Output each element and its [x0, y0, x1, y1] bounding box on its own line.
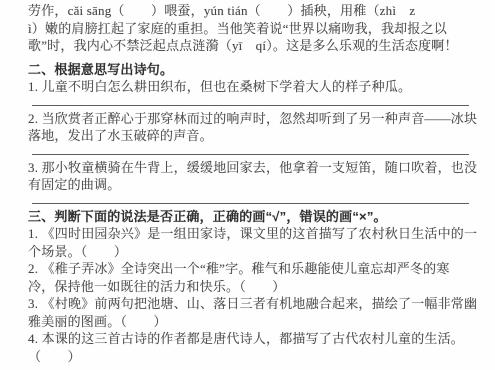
answer-blank-line	[32, 96, 469, 106]
question-line: 1. 《四时田园杂兴》是一组田家诗，课文里的这首描写了农村秋日生活中的一	[28, 225, 479, 243]
answer-blank-line	[32, 145, 469, 155]
question-item: 2. 当欣赏者正醉心于那穿林而过的响声时，忽然却听到了另一种声音——冰块 落地，…	[28, 110, 479, 155]
question-line: 冷，保持他一如既往的活力和快乐。（ ）	[28, 278, 479, 296]
worksheet-page: 劳作，cǎi sāng（ ）喂蚕，yún tián（ ）插秧，用稚（zhì z …	[0, 0, 495, 370]
question-line: 个场景。（ ）	[28, 243, 479, 261]
question-line: 雅美丽的图画。（ ）	[28, 313, 479, 331]
intro-line: 歌”时，我内心不禁泛起点点涟漪（yī qí）。这是多么乐观的生活态度啊！	[28, 37, 479, 55]
true-false-item: 3. 《村晚》前两句把池塘、山、落日三者有机地融合起来，描绘了一幅非常幽 雅美丽…	[28, 295, 479, 330]
intro-paragraph: 劳作，cǎi sāng（ ）喂蚕，yún tián（ ）插秧，用稚（zhì z …	[28, 2, 479, 55]
true-false-item: 1. 《四时田园杂兴》是一组田家诗，课文里的这首描写了农村秋日生活中的一 个场景…	[28, 225, 479, 260]
question-line: 4. 本课的这三首古诗的作者都是唐代诗人，都描写了古代农村儿童的生活。	[28, 330, 479, 348]
question-line: 3. 《村晚》前两句把池塘、山、落日三者有机地融合起来，描绘了一幅非常幽	[28, 295, 479, 313]
intro-line: 劳作，cǎi sāng（ ）喂蚕，yún tián（ ）插秧，用稚（zhì z	[28, 2, 479, 20]
question-line: （ ）	[28, 348, 479, 366]
section-three-title: 三、判断下面的说法是否正确，正确的画“√”，错误的画“×”。	[28, 208, 479, 226]
question-line: 1. 儿童不明白怎么耕田织布，但也在桑树下学着大人的样子种瓜。	[28, 78, 479, 96]
true-false-item: 4. 本课的这三首古诗的作者都是唐代诗人，都描写了古代农村儿童的生活。 （ ）	[28, 330, 479, 365]
true-false-item: 2. 《稚子弄冰》全诗突出一个“稚”字。稚气和乐趣能使儿童忘却严冬的寒 冷，保持…	[28, 260, 479, 295]
question-line: 2. 当欣赏者正醉心于那穿林而过的响声时，忽然却听到了另一种声音——冰块	[28, 110, 479, 128]
question-line: 有固定的曲调。	[28, 176, 479, 194]
question-line: 2. 《稚子弄冰》全诗突出一个“稚”字。稚气和乐趣能使儿童忘却严冬的寒	[28, 260, 479, 278]
question-line: 落地，发出了水玉破碎的声音。	[28, 127, 479, 145]
section-two-title: 二、根据意思写出诗句。	[28, 61, 479, 79]
question-item: 3. 那小牧童横骑在牛背上，缓缓地回家去，他拿着一支短笛，随口吹着，也没 有固定…	[28, 159, 479, 204]
answer-blank-line	[32, 194, 469, 204]
intro-line: ì）嫩的肩膀扛起了家庭的重担。当他笑着说“世界以痛吻我，我却报之以	[28, 20, 479, 38]
question-item: 1. 儿童不明白怎么耕田织布，但也在桑树下学着大人的样子种瓜。	[28, 78, 479, 106]
question-line: 3. 那小牧童横骑在牛背上，缓缓地回家去，他拿着一支短笛，随口吹着，也没	[28, 159, 479, 177]
